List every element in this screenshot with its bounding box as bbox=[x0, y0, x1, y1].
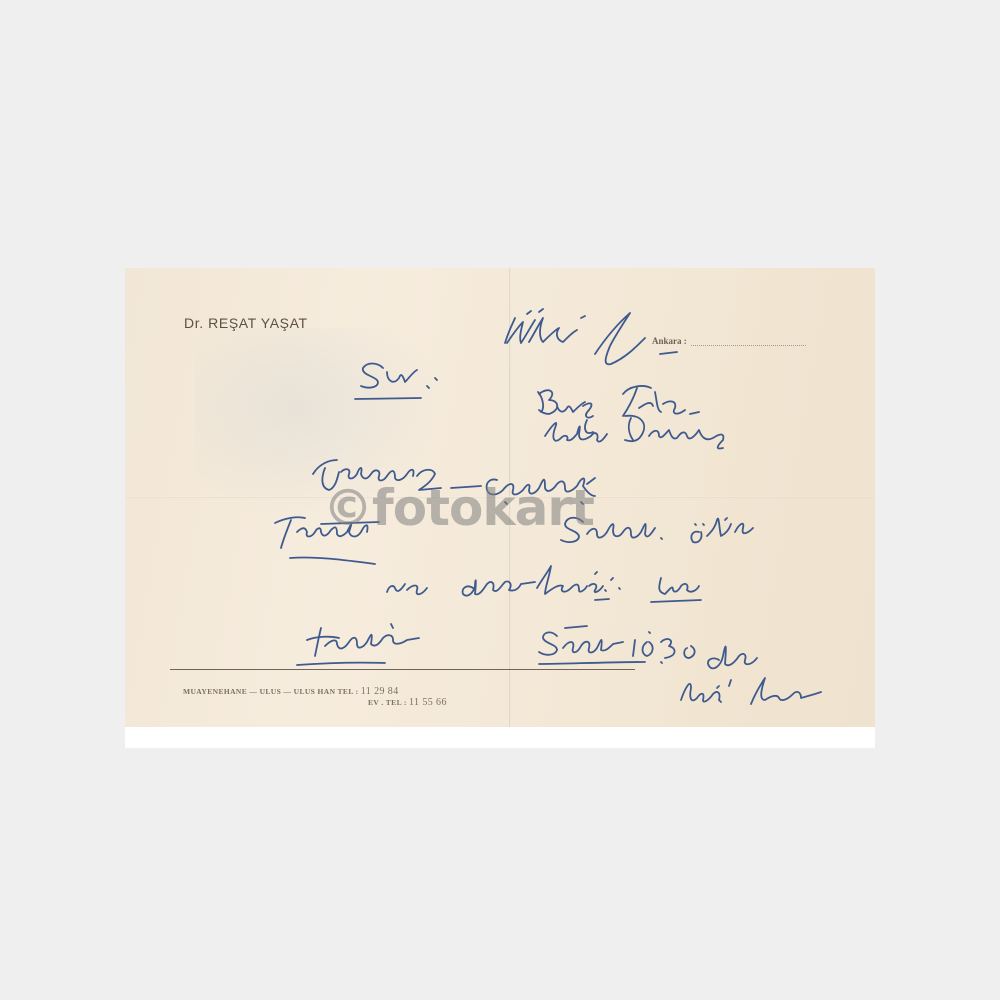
footer-rule bbox=[170, 669, 635, 670]
footer-office-address: MUAYENEHANE — ULUS — ULUS HAN TEL : 11 2… bbox=[183, 686, 399, 697]
fotokart-watermark: ©fotokart bbox=[323, 479, 594, 537]
footer-office-phone: 11 29 84 bbox=[361, 686, 399, 697]
footer-home-phone-line: EV . TEL : 11 55 66 bbox=[368, 697, 447, 708]
footer-home-phone: 11 55 66 bbox=[409, 697, 447, 708]
footer-home-label: EV . TEL : bbox=[368, 698, 407, 707]
footer-office-label: MUAYENEHANE — ULUS — ULUS HAN TEL : bbox=[183, 687, 359, 696]
